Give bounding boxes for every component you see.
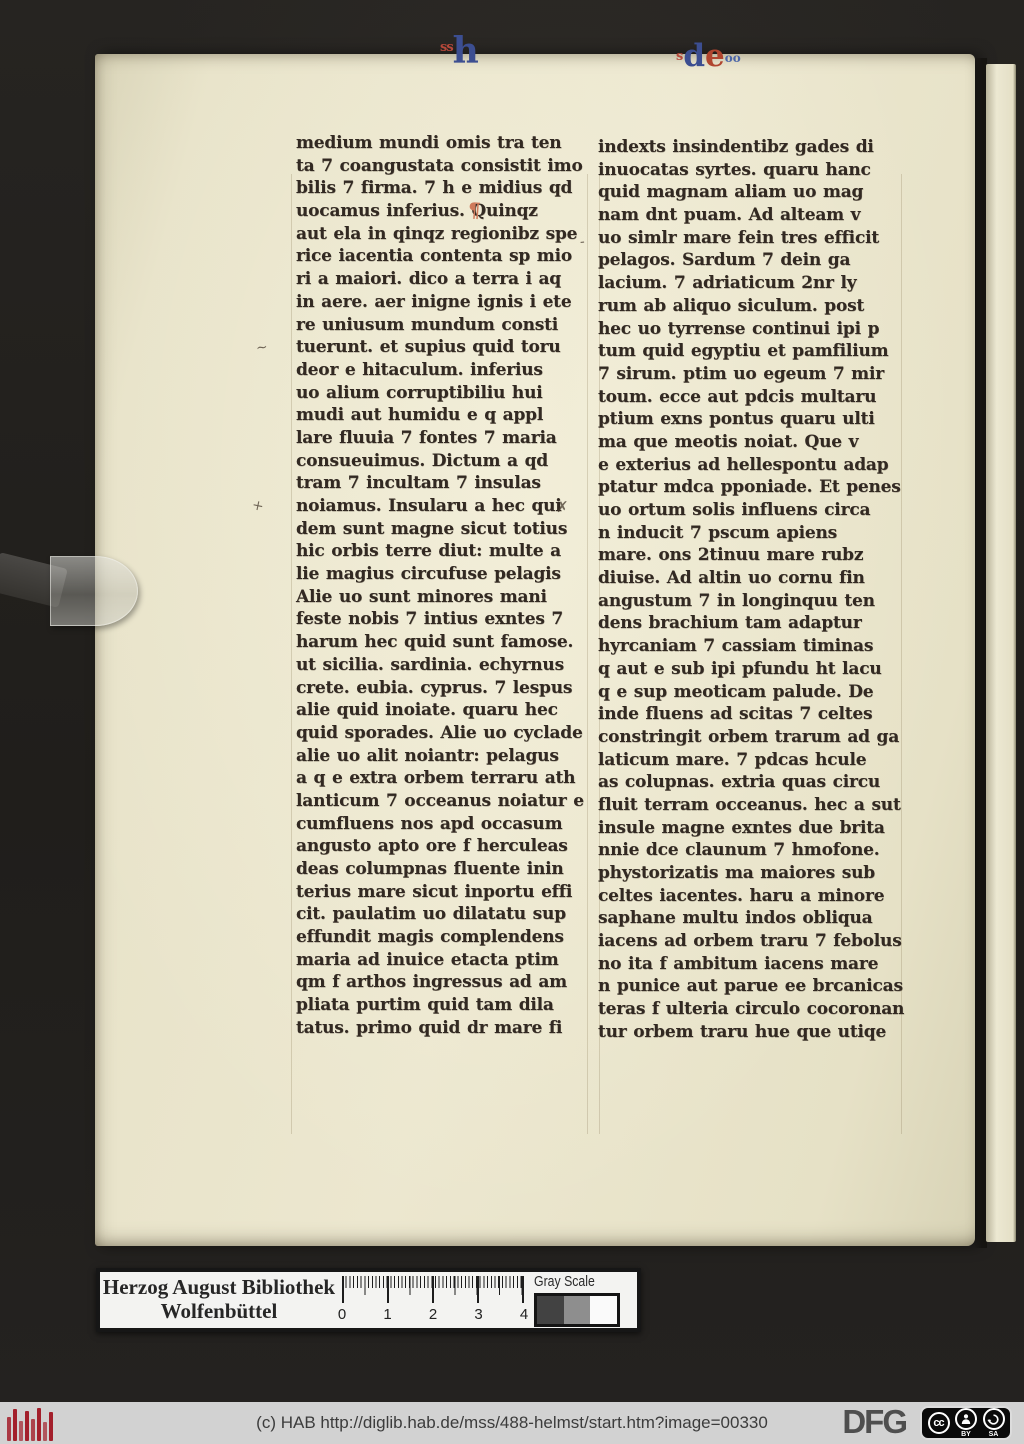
ruler-numbers: 01234 [337,1306,529,1323]
manuscript-line: rice iacentia contenta sp mio [296,246,588,269]
manuscript-line: toum. ecce aut pdcis multaru [598,387,898,410]
manuscript-line: crete. eubia. cyprus. 7 lespus [296,678,588,701]
gray-scale-patches [534,1293,620,1327]
manuscript-line: lie magius circufuse pelagis [296,564,588,587]
margin-mark: ~ [255,339,267,356]
gray-patch-mid [564,1296,591,1324]
running-header-right: sdeoo [676,38,741,74]
manuscript-line: e exterius ad hellespontu adap [598,455,898,478]
manuscript-line: uocamus inferius. Quinqz [296,201,588,224]
ruling-line [291,174,292,1134]
manuscript-line: re uniusum mundum consti [296,315,588,338]
facing-page-edge [986,64,1016,1242]
manuscript-line: ptium exns pontus quaru ulti [598,409,898,432]
manuscript-line: indexts insindentibz gades di [598,137,898,160]
ruler-number: 4 [519,1306,529,1323]
manuscript-line: diuise. Ad altin uo cornu fin [598,568,898,591]
manuscript-line: rum ab aliquo siculum. post [598,296,898,319]
manuscript-line: effundit magis complendens [296,927,588,950]
running-header-left-letter: h [453,30,479,72]
manuscript-line: constringit orbem trarum ad ga [598,727,898,750]
manuscript-line: laticum mare. 7 pdcas hcule [598,750,898,773]
running-header-letter-blue: d [683,38,705,74]
manuscript-line: cumfluens nos apd occasum [296,814,588,837]
rubric-flourish: s [676,49,683,64]
rubric-dots: oo [725,51,741,65]
manuscript-line: inde fluens ad scitas 7 celtes [598,704,898,727]
gray-scale: Gray Scale [534,1273,622,1327]
manuscript-line: medium mundi omis tra ten [296,133,588,156]
cc-license-badge: cc BY SA [920,1406,1012,1440]
manuscript-line: uo simlr mare fein tres efficit [598,228,898,251]
manuscript-line: phystorizatis ma maiores sub [598,863,898,886]
manuscript-line: saphane multu indos obliqua [598,908,898,931]
manuscript-line: ptatur mdca pponiade. Et penes [598,477,898,500]
manuscript-line: terius mare sicut inportu effi [296,882,588,905]
manuscript-line: qm f arthos ingressus ad am [296,972,588,995]
text-column-right: indexts insindentibz gades diinuocatas s… [598,137,898,1045]
manuscript-line: deor e hitaculum. inferius [296,360,588,383]
manuscript-line: uo alium corruptibiliu hui [296,383,588,406]
ruler-number: 2 [428,1306,438,1323]
manuscript-line: tram 7 incultam 7 insulas [296,473,588,496]
institution-line2: Wolfenbüttel [100,1300,338,1324]
manuscript-line: pliata purtim quid tam dila [296,995,588,1018]
manuscript-line: no ita f ambitum iacens mare [598,954,898,977]
manuscript-line: tum quid egyptiu et pamfilium [598,341,898,364]
manuscript-line: fluit terram occeanus. hec a sut [598,795,898,818]
manuscript-line: mudi aut humidu e q appl [296,405,588,428]
manuscript-line: maria ad inuice etacta ptim [296,950,588,973]
manuscript-line: n inducit 7 pscum apiens [598,523,898,546]
sa-label: SA [989,1431,999,1438]
manuscript-line: nnie dce claunum 7 hmofone. [598,840,898,863]
manuscript-line: q e sup meoticam palude. De [598,682,898,705]
footer-bar: (c) HAB http://diglib.hab.de/mss/488-hel… [0,1402,1024,1444]
share-alike-icon [983,1408,1005,1430]
manuscript-line: Alie uo sunt minores mani [296,587,588,610]
manuscript-line: ut sicilia. sardinia. echyrnus [296,655,588,678]
manuscript-line: angusto apto ore f herculeas [296,836,588,859]
manuscript-line: tatus. primo quid dr mare fi [296,1018,588,1041]
person-icon [955,1408,977,1430]
ruler: 01234 [342,1274,524,1326]
cc-icon: cc [928,1412,950,1434]
manuscript-line: lare fluuia 7 fontes 7 maria [296,428,588,451]
manuscript-line: harum hec quid sunt famose. [296,632,588,655]
ruler-major-ticks [342,1276,524,1303]
manuscript-line: a q e extra orbem terraru ath [296,768,588,791]
manuscript-line: consueuimus. Dictum a qd [296,451,588,474]
manuscript-line: ri a maiori. dico a terra i aq [296,269,588,292]
rubric-paragraph-mark: ¶ [467,198,481,223]
cc-sa-unit: SA [983,1408,1005,1438]
manuscript-line: inuocatas syrtes. quaru hanc [598,160,898,183]
rubric-flourish: ss [440,40,453,55]
manuscript-line: lacium. 7 adriaticum 2nr ly [598,273,898,296]
by-label: BY [961,1431,971,1438]
manuscript-line: pelagos. Sardum 7 dein ga [598,250,898,273]
manuscript-line: as colupnas. extria quas circu [598,772,898,795]
ruler-number: 0 [337,1306,347,1323]
ruler-number: 3 [474,1306,484,1323]
manuscript-line: ma que meotis noiat. Que v [598,432,898,455]
manuscript-line: aut ela in qinqz regionibz spe [296,224,588,247]
manuscript-line: tuerunt. et supius quid toru [296,337,588,360]
manuscript-line: bilis 7 firma. 7 h e midius qd [296,178,588,201]
scanned-manuscript-view: ssh sdeoo medium mundi omis tra tenta 7 … [0,0,1024,1444]
manuscript-line: quid sporades. Alie uo cyclade [296,723,588,746]
margin-mark: ✗ [556,498,569,516]
manuscript-line: cit. paulatim uo dilatatu sup [296,904,588,927]
manuscript-line: hec uo tyrrense continui ipi p [598,319,898,342]
institution-name: Herzog August Bibliothek Wolfenbüttel [100,1276,338,1323]
manuscript-line: hyrcaniam 7 cassiam timinas [598,636,898,659]
manuscript-line: n punice aut parue ee brcanicas [598,976,898,999]
institution-line1: Herzog August Bibliothek [100,1276,338,1300]
manuscript-line: hic orbis terre diut: multe a [296,541,588,564]
text-column-left: medium mundi omis tra tenta 7 coangustat… [296,133,588,1041]
manuscript-line: in aere. aer inigne ignis i ete [296,292,588,315]
manuscript-line: lanticum 7 occeanus noiatur e [296,791,588,814]
manuscript-line: tur orbem traru hue que utiqe [598,1022,898,1045]
manuscript-line: teras f ulteria circulo cocoronan [598,999,898,1022]
manuscript-line: ta 7 coangustata consistit imo [296,156,588,179]
cc-by-unit: BY [955,1408,977,1438]
manuscript-line: alie uo alit noiantr: pelagus [296,746,588,769]
manuscript-line: uo ortum solis influens circa [598,500,898,523]
running-header-letter-red: e [705,38,725,74]
gray-patch-light [590,1296,617,1324]
dfg-logo: DFG [842,1403,906,1441]
manuscript-line: dem sunt magne sicut totius [296,519,588,542]
manuscript-line: quid magnam aliam uo mag [598,182,898,205]
manuscript-line: insule magne exntes due brita [598,818,898,841]
manuscript-line: 7 sirum. ptim uo egeum 7 mir [598,364,898,387]
running-header-left: ssh [440,30,479,72]
manuscript-line: iacens ad orbem traru 7 febolus [598,931,898,954]
manuscript-line: alie quid inoiate. quaru hec [296,700,588,723]
calibration-label-bar: Herzog August Bibliothek Wolfenbüttel 01… [96,1268,641,1332]
manuscript-line: q aut e sub ipi pfundu ht lacu [598,659,898,682]
gray-patch-dark [537,1296,564,1324]
manuscript-line: celtes iacentes. haru a minore [598,886,898,909]
ruler-number: 1 [383,1306,393,1323]
page-clip [50,556,138,626]
manuscript-line: mare. ons 2tinuu mare rubz [598,545,898,568]
manuscript-line: nam dnt puam. Ad alteam v [598,205,898,228]
manuscript-line: noiamus. Insularu a hec qui [296,496,588,519]
manuscript-line: dens brachium tam adaptur [598,613,898,636]
manuscript-line: angustum 7 in longinquu ten [598,591,898,614]
manuscript-line: feste nobis 7 intius exntes 7 [296,609,588,632]
gray-scale-label: Gray Scale [534,1273,595,1290]
manuscript-line: deas columpnas fluente inin [296,859,588,882]
